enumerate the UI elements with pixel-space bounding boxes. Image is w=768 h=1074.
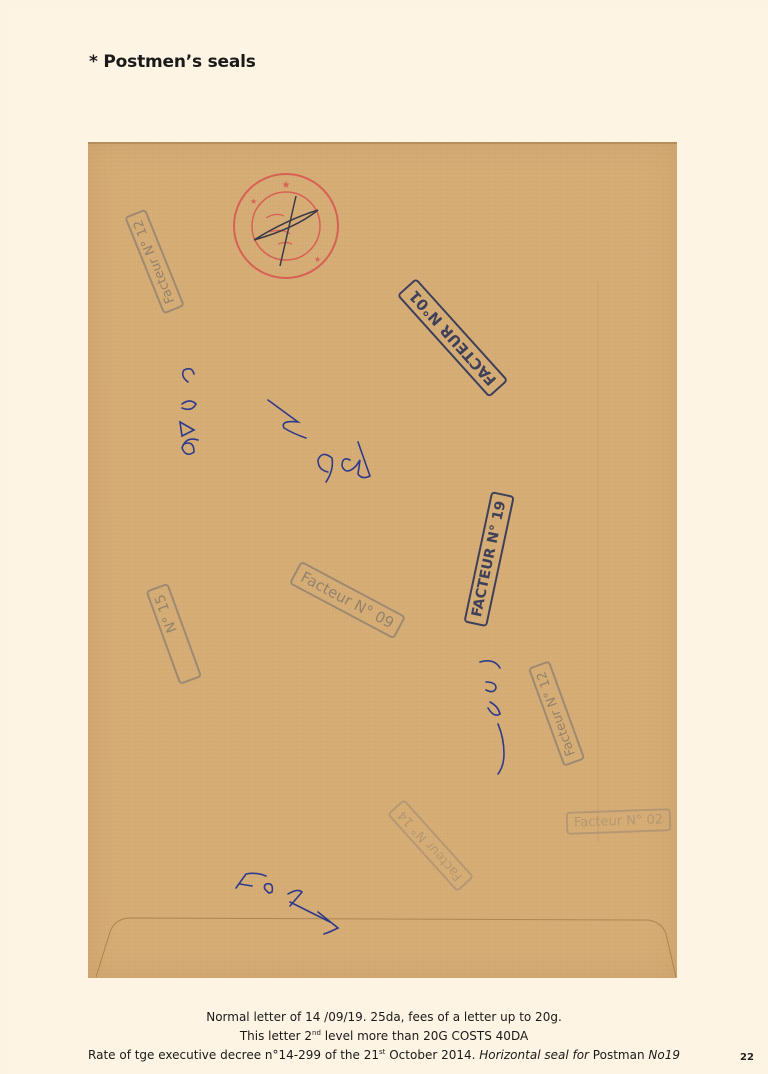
caption-line-3: Rate of tge executive decree n°14-299 of…	[0, 1048, 768, 1062]
caption-line-1: Normal letter of 14 /09/19. 25da, fees o…	[0, 1010, 768, 1024]
section-title: * Postmen’s seals	[89, 52, 256, 72]
stamp-facteur-02: Facteur N° 02	[566, 808, 672, 835]
caption-line-2: This letter 2nd level more than 20G COST…	[0, 1029, 768, 1043]
envelope-markings: ★ ★ ★	[88, 142, 677, 978]
page-number: 22	[740, 1052, 754, 1063]
svg-text:★: ★	[250, 197, 257, 206]
envelope-scan: ★ ★ ★ Facteur N° 12 FACTEUR N°01 FACTEUR…	[88, 142, 677, 978]
bottom-flap-outline	[96, 918, 676, 977]
svg-text:★: ★	[314, 255, 321, 264]
svg-text:★: ★	[282, 180, 291, 191]
red-postmark-icon: ★ ★ ★	[234, 174, 338, 278]
handwriting-marks	[180, 369, 504, 934]
